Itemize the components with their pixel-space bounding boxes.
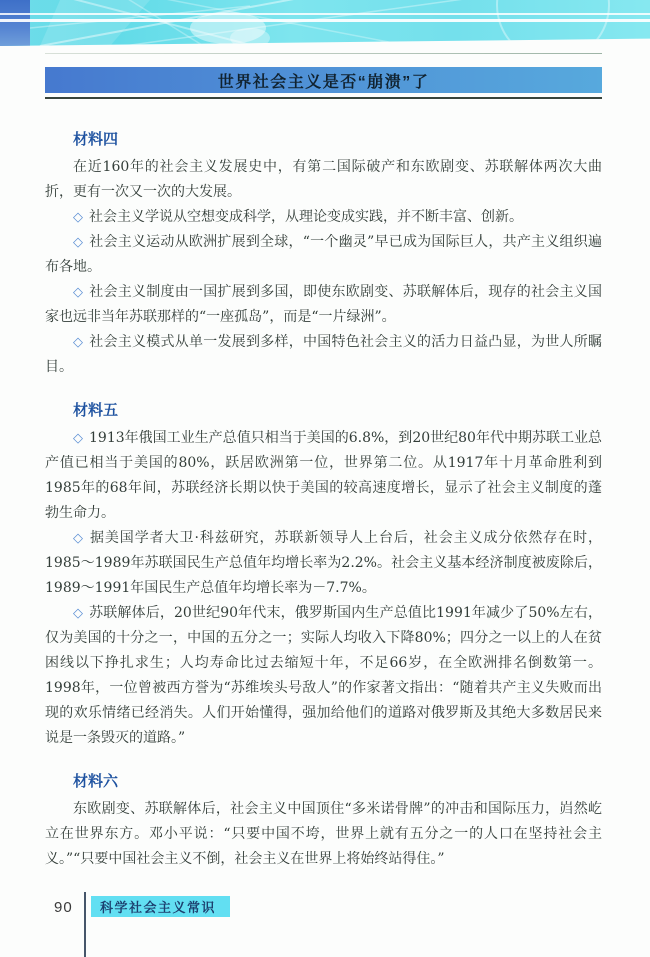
bullet-paragraph: ◇社会主义制度由一国扩展到多国，即使东欧剧变、苏联解体后，现存的社会主义国家也远…	[45, 280, 602, 330]
diamond-bullet-icon: ◇	[73, 606, 83, 621]
diamond-bullet-icon: ◇	[73, 431, 83, 446]
paragraph-text: 社会主义制度由一国扩展到多国，即使东欧剧变、苏联解体后，现存的社会主义国家也远非…	[45, 284, 602, 325]
bullet-paragraph: ◇苏联解体后，20世纪90年代末，俄罗斯国内生产总值比1991年减少了50%左右…	[45, 601, 602, 751]
section-heading: 材料四	[45, 127, 602, 153]
paragraph-text: 社会主义学说从空想变成科学，从理论变成实践，并不断丰富、创新。	[89, 209, 523, 225]
paragraph: 在近160年的社会主义发展史中，有第二国际破产和东欧剧变、苏联解体两次大曲折，更…	[45, 155, 602, 205]
paragraph-text: 社会主义模式从单一发展到多样，中国特色社会主义的活力日益凸显，为世人所瞩目。	[45, 334, 602, 375]
section-heading: 材料五	[45, 398, 602, 424]
bullet-paragraph: ◇社会主义运动从欧洲扩展到全球，“一个幽灵”早已成为国际巨人，共产主义组织遍布各…	[45, 230, 602, 280]
header-decorative-band	[0, 0, 650, 46]
section-material-6: 材料六 东欧剧变、苏联解体后，社会主义中国顶住“多米诺骨牌”的冲击和国际压力，岿…	[45, 769, 602, 872]
paragraph-text: 苏联解体后，20世纪90年代末，俄罗斯国内生产总值比1991年减少了50%左右，…	[45, 605, 602, 746]
band-dark-corner	[0, 0, 30, 46]
book-title: 科学社会主义常识	[100, 897, 216, 916]
diamond-bullet-icon: ◇	[73, 210, 83, 225]
page-title: 世界社会主义是否“崩溃”了	[218, 69, 430, 92]
paragraph-text: 在近160年的社会主义发展史中，有第二国际破产和东欧剧变、苏联解体两次大曲折，更…	[45, 159, 602, 200]
textbook-page: 世界社会主义是否“崩溃”了 材料四 在近160年的社会主义发展史中，有第二国际破…	[0, 0, 650, 957]
section-heading: 材料六	[45, 769, 602, 795]
rule-above-title	[45, 53, 602, 54]
bullet-paragraph: ◇社会主义模式从单一发展到多样，中国特色社会主义的活力日益凸显，为世人所瞩目。	[45, 330, 602, 380]
paragraph-text: 东欧剧变、苏联解体后，社会主义中国顶住“多米诺骨牌”的冲击和国际压力，岿然屹立在…	[45, 801, 602, 867]
footer-divider-line	[84, 892, 86, 957]
diamond-bullet-icon: ◇	[73, 531, 84, 546]
section-material-4: 材料四 在近160年的社会主义发展史中，有第二国际破产和东欧剧变、苏联解体两次大…	[45, 127, 602, 380]
page-number: 90	[54, 899, 73, 916]
bullet-paragraph: ◇据美国学者大卫·科兹研究，苏联新领导人上台后，社会主义成分依然存在时，1985…	[45, 526, 602, 601]
paragraph: 东欧剧变、苏联解体后，社会主义中国顶住“多米诺骨牌”的冲击和国际压力，岿然屹立在…	[45, 797, 602, 872]
paragraph-text: 社会主义运动从欧洲扩展到全球，“一个幽灵”早已成为国际巨人，共产主义组织遍布各地…	[45, 234, 602, 275]
bullet-paragraph: ◇1913年俄国工业生产总值只相当于美国的6.8%，到20世纪80年代中期苏联工…	[45, 426, 602, 526]
paragraph-text: 据美国学者大卫·科兹研究，苏联新领导人上台后，社会主义成分依然存在时，1985～…	[45, 530, 602, 596]
diamond-bullet-icon: ◇	[73, 235, 83, 250]
paragraph-text: 1913年俄国工业生产总值只相当于美国的6.8%，到20世纪80年代中期苏联工业…	[45, 430, 602, 521]
book-title-badge: 科学社会主义常识	[91, 896, 230, 917]
bullet-paragraph: ◇社会主义学说从空想变成科学，从理论变成实践，并不断丰富、创新。	[45, 205, 602, 230]
main-content: 材料四 在近160年的社会主义发展史中，有第二国际破产和东欧剧变、苏联解体两次大…	[0, 99, 650, 872]
section-material-5: 材料五 ◇1913年俄国工业生产总值只相当于美国的6.8%，到20世纪80年代中…	[45, 398, 602, 751]
diamond-bullet-icon: ◇	[73, 285, 83, 300]
lesson-title-bar: 世界社会主义是否“崩溃”了	[45, 67, 602, 93]
diamond-bullet-icon: ◇	[73, 335, 83, 350]
